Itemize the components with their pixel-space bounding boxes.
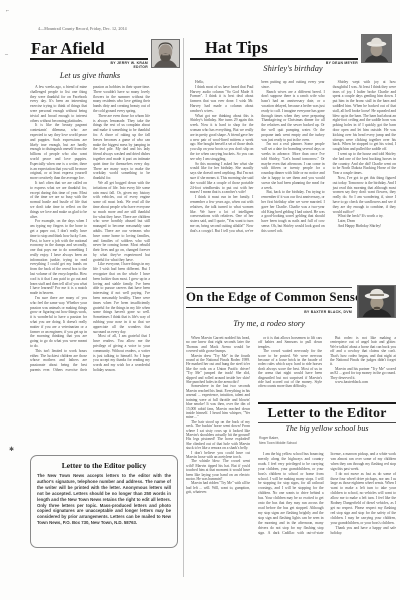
paragraph: And Happy Birthday Shirley!: [333, 224, 396, 229]
paragraph: Somewhere in the last two seconds Marvin…: [186, 384, 250, 419]
far-afield-body: A few weeks ago, a friend of mine challe…: [30, 85, 150, 435]
paragraph: Most of all, I am grateful that I have r…: [93, 334, 150, 372]
paragraph: I don't believe you could have cut Marvi…: [186, 451, 250, 460]
paragraph: I do not move as fast as do some of thos…: [331, 472, 397, 526]
paragraph: Like everyone, I have things in my life …: [93, 262, 150, 334]
paragraph: Marvin and his partner "Try Me" scored a…: [330, 367, 396, 380]
paragraph: For example, on the days when I am typin…: [30, 219, 87, 296]
common-sense-top-rule: [186, 287, 352, 288]
scan-margin-dash: –: [5, 52, 8, 58]
common-sense-col-c: But rodeo is not like making a centerpie…: [330, 336, 396, 398]
column-divider: [183, 38, 184, 577]
paragraph: A few weeks ago, a friend of mine challe…: [30, 85, 87, 123]
paragraph: What got me thinking about this is Shirl…: [190, 114, 253, 162]
paragraph: Marvin drew "Try Me" in the fourth round…: [186, 354, 250, 385]
common-sense-rule: [186, 307, 352, 309]
letter-policy-box: Letter to the Editor policy The New Town…: [30, 455, 178, 548]
paragraph: But rodeo is not like making a centerpie…: [330, 336, 396, 367]
paragraph: I went up to the house and told Shirley …: [333, 152, 396, 176]
paragraph: www.baxterblack.com: [330, 380, 396, 384]
paragraph: Now, I've got to get this thing figured …: [333, 176, 396, 214]
paragraph: Thank you and have a happy and safe holi…: [331, 526, 397, 536]
letter-top-rule: [258, 402, 396, 404]
scan-margin-asterisk: ✱: [9, 446, 14, 453]
far-afield-title: Far Afield: [31, 39, 105, 59]
newspaper-page: ⌐ – ✱ 4—Mountrail County Record, Friday,…: [0, 0, 400, 600]
paragraph: I'm sure there are many of you who feel …: [30, 296, 87, 349]
far-afield-rule: [30, 58, 148, 60]
baxter-black-photo: [357, 285, 396, 318]
letter-body: I am the big yellow school bus bouncing …: [258, 452, 396, 578]
jerry-kram-photo: [151, 39, 180, 68]
paragraph: So this morning I asked her what she wou…: [190, 162, 253, 196]
letter-signature-org: New Town Middle School: [259, 441, 297, 446]
paragraph: There are even those for whom life is al…: [93, 114, 150, 181]
letter-subhead: The big yellow school bus: [258, 424, 396, 433]
hat-tips-rule: [190, 58, 358, 60]
paragraph: But, back to the birthday. I'm trying to…: [261, 190, 324, 233]
paragraph: I'm not a real planner. Some people will…: [261, 142, 324, 190]
paragraph: It is like the beauty pageant contestant…: [30, 123, 87, 181]
paragraph: The whistle blew. The crowd went wild! M…: [186, 459, 250, 481]
paragraph: Marvin had ridden "Try Me" with all he h…: [186, 481, 250, 494]
common-sense-byline: BY BAXTER BLACK, DVM: [186, 310, 352, 314]
far-afield-byline-role: EDITOR: [30, 65, 148, 69]
common-sense-col-b: or it is that allows horsemen to lift ca…: [258, 336, 322, 402]
paragraph: The hair stood up on the back of my neck…: [186, 420, 250, 451]
paragraph: or it is that allows horsemen to lift ca…: [258, 336, 322, 349]
hat-tips-body: Hello,I think most of us have heard that…: [190, 80, 396, 287]
far-afield-subhead: Let us give thanks: [30, 71, 150, 80]
hat-tips-title: Hat Tips: [205, 38, 268, 58]
letter-mid-rule: [258, 422, 396, 423]
edition-line: 4—Mountrail County Record, Friday, Dec. …: [38, 26, 127, 31]
scan-margin-tick: ⌐: [6, 8, 9, 14]
hat-tips-subhead: Shirley's birthday: [190, 64, 396, 73]
paragraph: Ranch wives are a different breed. I don…: [261, 90, 324, 143]
paragraph: Shirley wept with joy at how thoughtful …: [333, 80, 396, 152]
common-sense-title: On the Edge of Common Sense: [186, 290, 361, 305]
common-sense-subhead: Try me, a rodeo story: [186, 319, 352, 328]
letter-policy-text: The New Town News accepts letters to the…: [37, 473, 171, 526]
paragraph: We all get bogged down with the irritati…: [93, 181, 150, 263]
common-sense-col-a: When Marvin Garrett nodded his head, no …: [186, 336, 250, 578]
letter-title: Letter to the Editor: [258, 405, 396, 421]
paragraph: When Marvin Garrett nodded his head, no …: [186, 336, 250, 354]
letter-policy-title: Letter to the Editor policy: [37, 461, 171, 470]
paragraph: I think most of us have heard that Paul …: [190, 85, 253, 114]
dean-meyer-photo: [361, 34, 392, 63]
paragraph: It isn't often that we are called on to …: [30, 181, 87, 219]
paragraph: The crowd waited nervously for the score…: [258, 349, 322, 389]
